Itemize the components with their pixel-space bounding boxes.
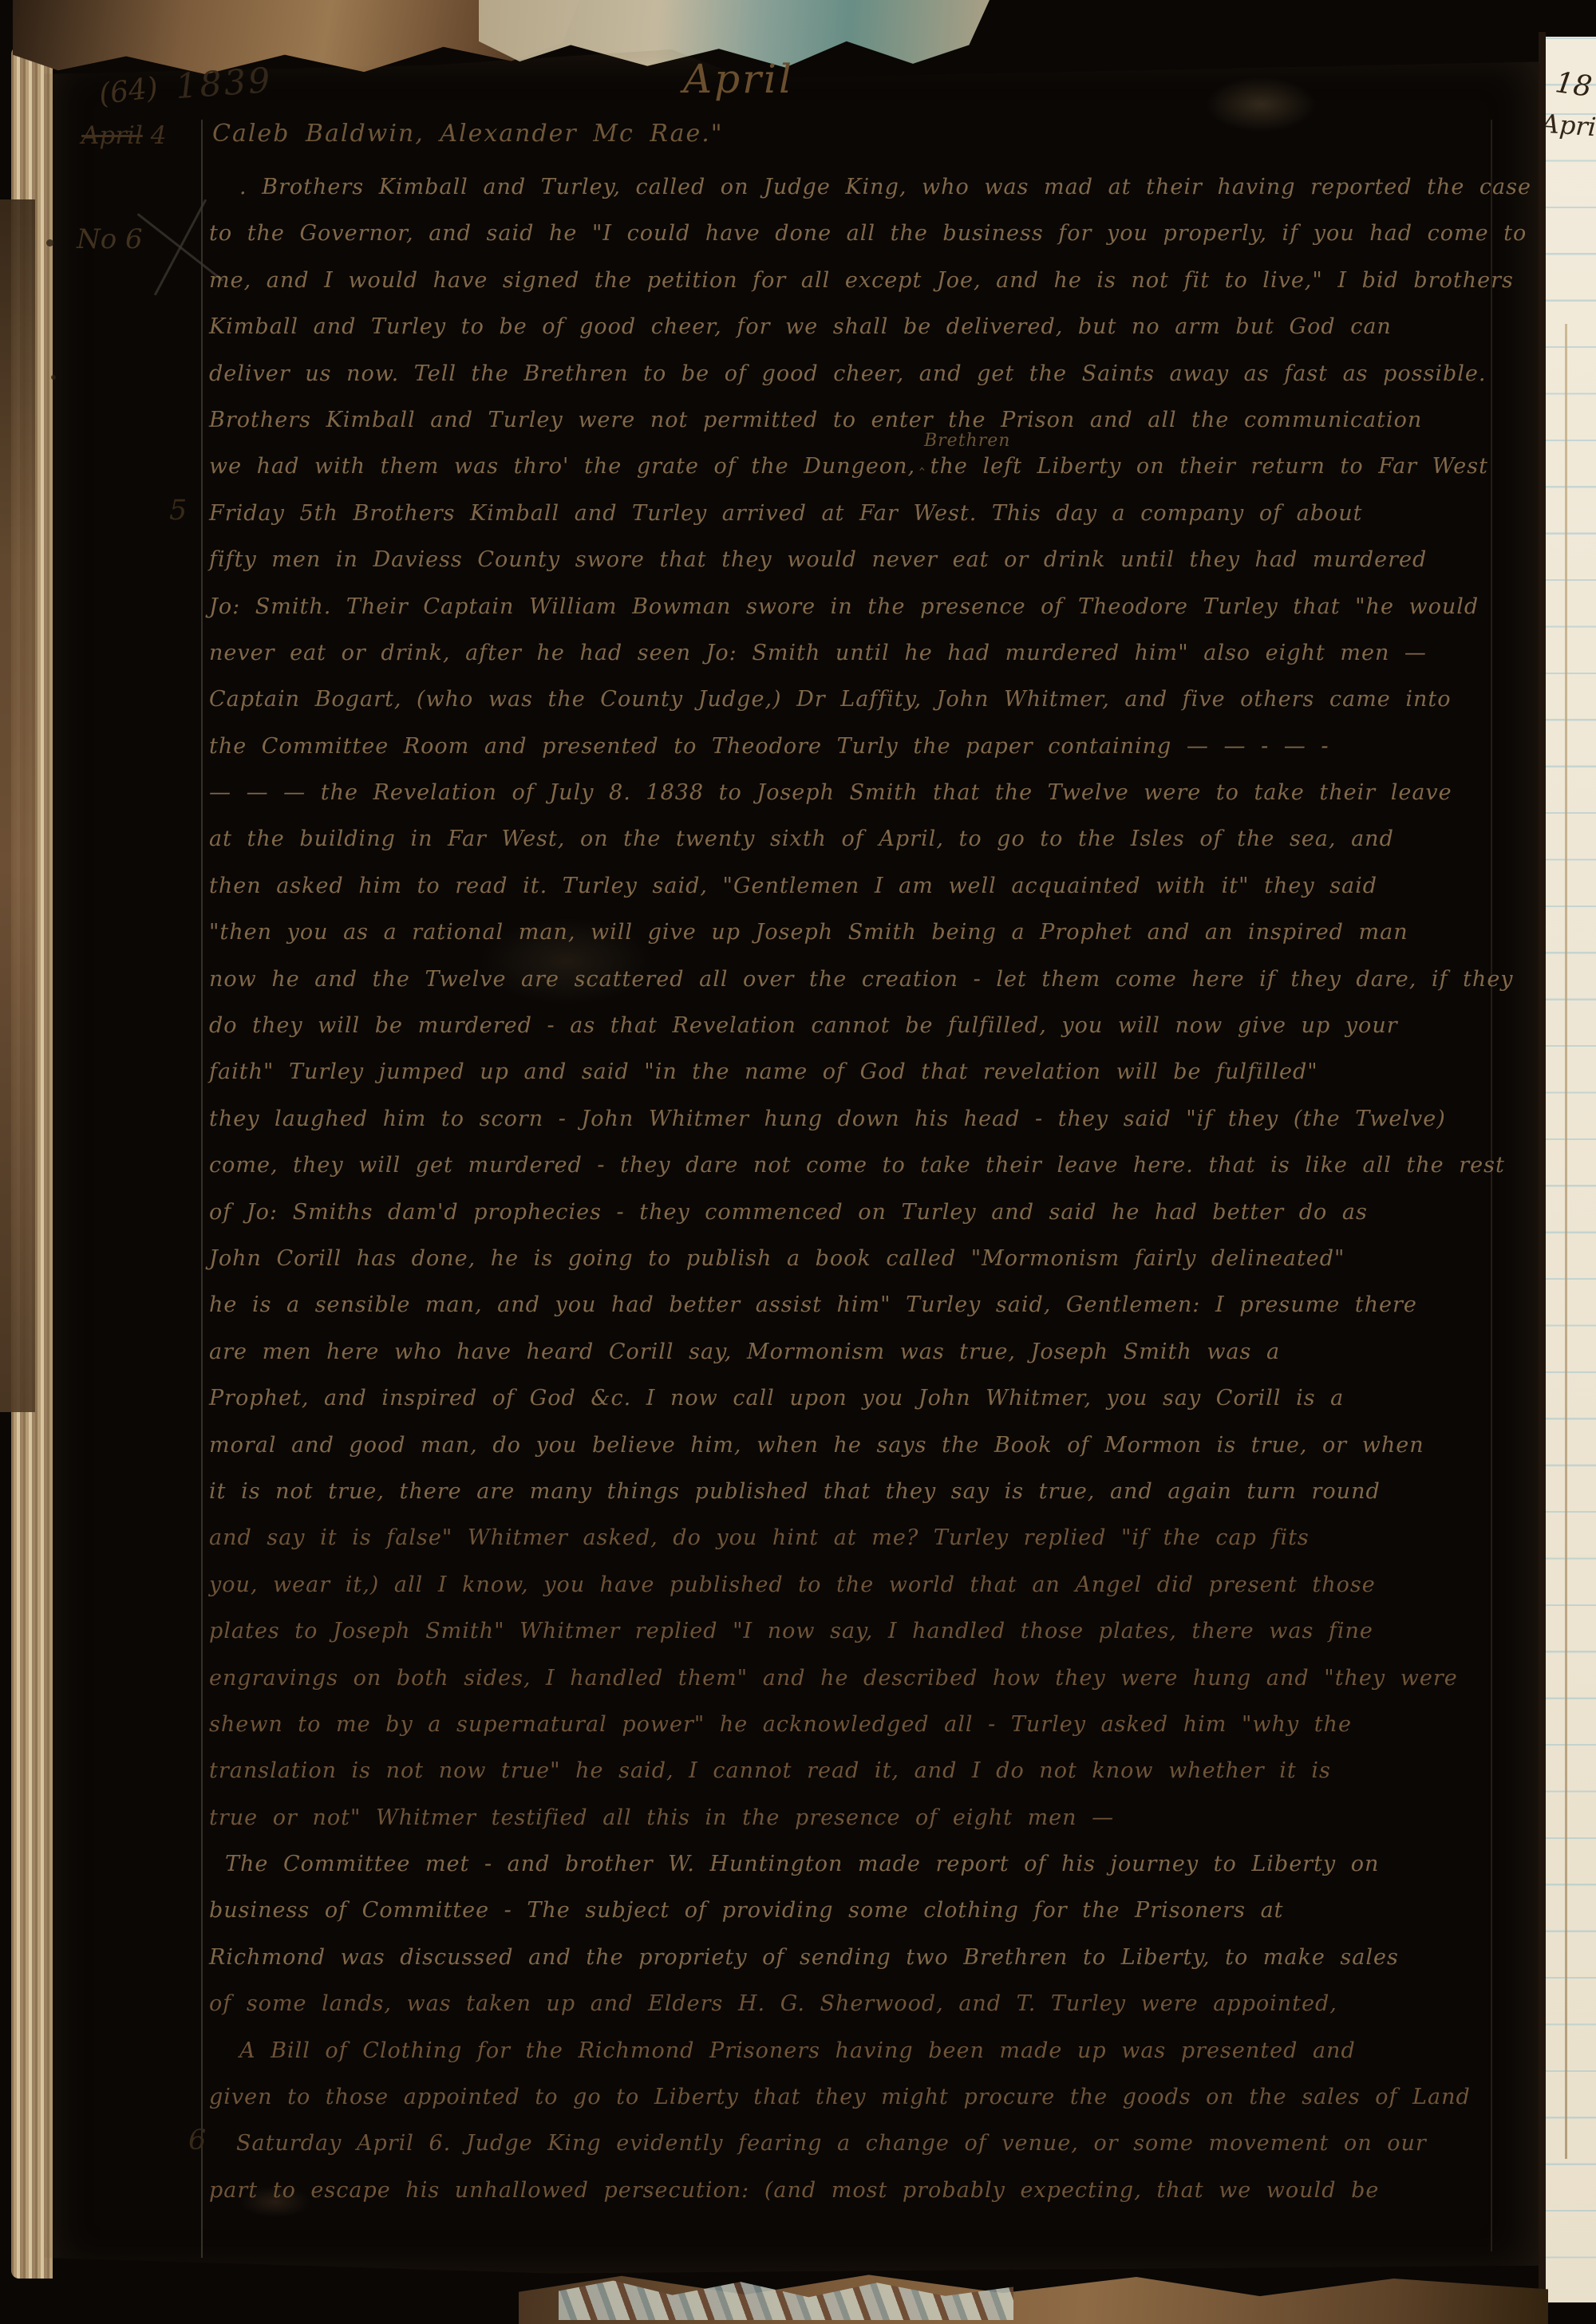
manuscript-line-text: . Brothers Kimball and Turley, called on… [239, 175, 1531, 199]
manuscript-line-text: to the Governor, and said he "I could ha… [209, 221, 1527, 246]
manuscript-line: true or not" Whitmer testified all this … [0, 1804, 1536, 1850]
manuscript-line: translation is not now true" he said, I … [0, 1757, 1536, 1803]
manuscript-line: part to escape his unhallowed persecutio… [0, 2176, 1536, 2223]
next-page-crease [1565, 324, 1567, 2159]
manuscript-line: moral and good man, do you believe him, … [0, 1431, 1536, 1478]
manuscript-line: Richmond was discussed and the propriety… [0, 1943, 1536, 1990]
manuscript-line-text: — — — the Revelation of July 8. 1838 to … [209, 780, 1452, 805]
manuscript-line: engravings on both sides, I handled them… [0, 1664, 1536, 1710]
manuscript-line: the Committee Room and presented to Theo… [0, 732, 1536, 779]
manuscript-line: to the Governor, and said he "I could ha… [0, 219, 1536, 266]
manuscript-line-text: me, and I would have signed the petition… [209, 268, 1514, 293]
manuscript-line-text: of some lands, was taken up and Elders H… [209, 1991, 1337, 2016]
margin-date-note: April 4 [81, 121, 166, 150]
manuscript-line-text: Prophet, and inspired of God &c. I now c… [209, 1386, 1344, 1411]
manuscript-line-text: it is not true, there are many things pu… [209, 1479, 1381, 1504]
manuscript-line-text: A Bill of Clothing for the Richmond Pris… [239, 2038, 1356, 2063]
manuscript-line: plates to Joseph Smith" Whitmer replied … [0, 1617, 1536, 1663]
manuscript-line: then asked him to read it. Turley said, … [0, 872, 1536, 918]
manuscript-line-text: of Jo: Smiths dam'd prophecies - they co… [209, 1200, 1368, 1225]
manuscript-line: of Jo: Smiths dam'd prophecies - they co… [0, 1198, 1536, 1245]
manuscript-line-text: you, wear it,) all I know, you have publ… [209, 1572, 1376, 1597]
manuscript-line: we had with them was thro' the grate of … [0, 452, 1536, 499]
manuscript-line-text: Captain Bogart, (who was the County Judg… [209, 687, 1452, 712]
manuscript-line-text: true or not" Whitmer testified all this … [209, 1805, 1114, 1830]
manuscript-line-text: the Committee Room and presented to Theo… [209, 734, 1329, 759]
manuscript-line-text: Jo: Smith. Their Captain William Bowman … [209, 594, 1479, 619]
margin-day-number: 6 [188, 2126, 207, 2155]
manuscript-line-text: engravings on both sides, I handled them… [209, 1666, 1458, 1691]
manuscript-line-text: we had with them was thro' the grate of … [209, 454, 1488, 479]
manuscript-line: and say it is false" Whitmer asked, do y… [0, 1524, 1536, 1570]
manuscript-line-text: and say it is false" Whitmer asked, do y… [209, 1525, 1310, 1550]
manuscript-line: Jo: Smith. Their Captain William Bowman … [0, 593, 1536, 639]
manuscript-line: fifty men in Daviess County swore that t… [0, 546, 1536, 592]
manuscript-line: me, and I would have signed the petition… [0, 266, 1536, 313]
margin-date-day: 4 [151, 121, 167, 150]
month-heading: April [683, 56, 794, 102]
manuscript-line-text: deliver us now. Tell the Brethren to be … [209, 361, 1486, 386]
manuscript-line: at the building in Far West, on the twen… [0, 825, 1536, 871]
manuscript-line-text: "then you as a rational man, will give u… [209, 920, 1408, 945]
prisoner-names-line: Caleb Baldwin, Alexander Mc Rae." [212, 120, 724, 148]
manuscript-body: . Brothers Kimball and Turley, called on… [0, 173, 1536, 2223]
manuscript-line-text: they laughed him to scorn - John Whitmer… [209, 1107, 1446, 1131]
manuscript-line-text: never eat or drink, after he had seen Jo… [209, 641, 1427, 665]
next-page-month-partial: Apri [1546, 109, 1596, 143]
manuscript-line: deliver us now. Tell the Brethren to be … [0, 360, 1536, 406]
margin-day-number: 5 [169, 496, 188, 525]
next-page-number-partial: 18 [1553, 66, 1594, 104]
manuscript-line: do they will be murdered - as that Revel… [0, 1012, 1536, 1058]
manuscript-line-text: The Committee met - and brother W. Hunti… [225, 1852, 1379, 1876]
manuscript-line-text: do they will be murdered - as that Revel… [209, 1013, 1398, 1038]
manuscript-line: never eat or drink, after he had seen Jo… [0, 639, 1536, 685]
manuscript-line: business of Committee - The subject of p… [0, 1896, 1536, 1943]
manuscript-line: he is a sensible man, and you had better… [0, 1291, 1536, 1337]
manuscript-line-text: then asked him to read it. Turley said, … [209, 874, 1377, 898]
manuscript-line: 5 Friday 5th Brothers Kimball and Turley… [0, 499, 1536, 546]
manuscript-line-text: he is a sensible man, and you had better… [209, 1292, 1417, 1317]
manuscript-line: "then you as a rational man, will give u… [0, 918, 1536, 965]
manuscript-line: shewn to me by a supernatural power" he … [0, 1710, 1536, 1757]
manuscript-line-text: part to escape his unhallowed persecutio… [209, 2178, 1379, 2203]
manuscript-line: 6 Saturday April 6. Judge King evidently… [0, 2129, 1536, 2176]
manuscript-line-text: Friday 5th Brothers Kimball and Turley a… [209, 501, 1363, 526]
manuscript-line: — — — the Revelation of July 8. 1838 to … [0, 779, 1536, 825]
journal-scan: (64) 1839 April April 4 Caleb Baldwin, A… [0, 0, 1596, 2324]
manuscript-line-text: moral and good man, do you believe him, … [209, 1433, 1424, 1458]
manuscript-line-text: John Corill has done, he is going to pub… [209, 1246, 1345, 1271]
next-page-sliver: 18 Apri [1546, 37, 1596, 2302]
manuscript-line: . Brothers Kimball and Turley, called on… [0, 173, 1536, 219]
manuscript-line: Prophet, and inspired of God &c. I now c… [0, 1384, 1536, 1430]
manuscript-line: Captain Bogart, (who was the County Judg… [0, 685, 1536, 732]
manuscript-line-text: business of Committee - The subject of p… [209, 1898, 1284, 1923]
manuscript-line-text: given to those appointed to go to Libert… [209, 2085, 1471, 2109]
manuscript-line: Kimball and Turley to be of good cheer, … [0, 313, 1536, 359]
manuscript-line: The Committee met - and brother W. Hunti… [0, 1850, 1536, 1896]
manuscript-line-text: shewn to me by a supernatural power" he … [209, 1712, 1352, 1737]
page-number: (64) [97, 72, 160, 112]
manuscript-line-text: plates to Joseph Smith" Whitmer replied … [209, 1619, 1373, 1643]
manuscript-line: come, they will get murdered - they dare… [0, 1151, 1536, 1198]
manuscript-line-text: are men here who have heard Corill say, … [209, 1340, 1280, 1364]
manuscript-line: you, wear it,) all I know, you have publ… [0, 1571, 1536, 1617]
manuscript-line-text: come, they will get murdered - they dare… [209, 1153, 1505, 1178]
manuscript-line-text: at the building in Far West, on the twen… [209, 827, 1394, 851]
manuscript-line-text: Richmond was discussed and the propriety… [209, 1945, 1399, 1970]
manuscript-line-text: Kimball and Turley to be of good cheer, … [209, 314, 1392, 339]
manuscript-line-text: now he and the Twelve are scattered all … [209, 967, 1514, 992]
manuscript-line: it is not true, there are many things pu… [0, 1478, 1536, 1524]
manuscript-line: A Bill of Clothing for the Richmond Pris… [0, 2037, 1536, 2083]
margin-date-month: April [81, 121, 143, 150]
manuscript-line: John Corill has done, he is going to pub… [0, 1245, 1536, 1291]
manuscript-writing-layer: (64) 1839 April April 4 Caleb Baldwin, A… [0, 0, 1536, 2324]
manuscript-line-text: fifty men in Daviess County swore that t… [209, 547, 1427, 572]
manuscript-line: are men here who have heard Corill say, … [0, 1338, 1536, 1384]
manuscript-line: Brothers Kimball and Turley were not per… [0, 406, 1536, 452]
manuscript-line-text: translation is not now true" he said, I … [209, 1758, 1331, 1783]
manuscript-line-text: Brothers Kimball and Turley were not per… [209, 408, 1422, 432]
manuscript-line-text: Saturday April 6. Judge King evidently f… [236, 2131, 1427, 2156]
manuscript-line-text: faith" Turley jumped up and said "in the… [209, 1059, 1318, 1084]
year-heading: 1839 [174, 61, 274, 107]
manuscript-line: they laughed him to scorn - John Whitmer… [0, 1105, 1536, 1151]
manuscript-line: given to those appointed to go to Libert… [0, 2083, 1536, 2129]
manuscript-line: of some lands, was taken up and Elders H… [0, 1990, 1536, 2036]
manuscript-line: faith" Turley jumped up and said "in the… [0, 1058, 1536, 1104]
manuscript-line: now he and the Twelve are scattered all … [0, 965, 1536, 1012]
page-gap-shadow [1539, 32, 1546, 2324]
